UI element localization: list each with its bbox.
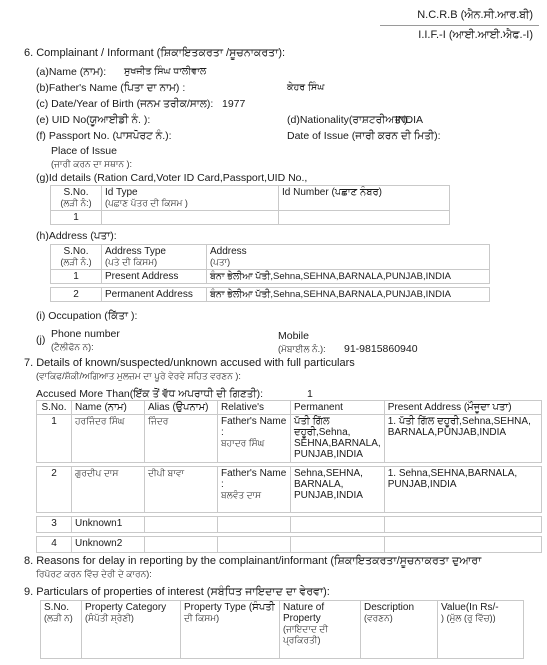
phone-prefix: (j) bbox=[36, 334, 45, 346]
addr-col-address: Address(ਪਤਾ) bbox=[207, 245, 490, 270]
address-label: (h)Address (ਪਤਾ): bbox=[36, 230, 117, 243]
id-col-type: Id Type(ਪਛਾਣ ਪੱਤਰ ਦੀ ਕਿਸਮ ) bbox=[102, 186, 279, 211]
phone-label: Phone number bbox=[51, 328, 120, 340]
table-row: 4 Unknown2 bbox=[37, 537, 542, 553]
prop-col-type: Property Type (ਸੰਪਤੀਦੀ ਕਿਸਮ) bbox=[181, 601, 280, 659]
section7-title-pa: (ਵਾਕਿਫ/ਸ਼ੱਕੀ/ਅਗਿਆਤ ਮੁਲਜ਼ਮ ਦਾ ਪੂਰੇ ਵੇਰਵੇ … bbox=[36, 371, 241, 382]
accused-table: S.No. Name (ਨਾਮ) Alias (ਉਪਨਾਮ) Relative'… bbox=[36, 400, 542, 553]
prop-col-nature: Nature of Property(ਜਾਇਦਾਦ ਦੀ ਪ੍ਰਕਿਰਤੀ) bbox=[280, 601, 361, 659]
id-details-table: S.No.(ਲੜੀ ਨੰ:) Id Type(ਪਛਾਣ ਪੱਤਰ ਦੀ ਕਿਸਮ… bbox=[50, 185, 450, 225]
section8-title: 8. Reasons for delay in reporting by the… bbox=[24, 555, 481, 568]
name-label: (a)Name (ਨਾਮ): bbox=[36, 66, 106, 79]
section9-title: 9. Particulars of properties of interest… bbox=[24, 586, 330, 599]
acc-col-name: Name (ਨਾਮ) bbox=[72, 401, 145, 415]
mobile-label: Mobile bbox=[278, 330, 309, 342]
table-row: 1 Present Address ਬੰਨਾ ਭੇਲੀਆ ਪੱਤੀ,Sehna,… bbox=[51, 270, 490, 284]
phone-pa: (ਟੈਲੀਫੋਨ ਨ): bbox=[51, 342, 94, 353]
acc-col-present: Present Address (ਮੌਜੂਦਾ ਪਤਾ) bbox=[384, 401, 541, 415]
prop-col-sno: S.No.(ਲੜੀ ਨ) bbox=[41, 601, 82, 659]
id-col-number: Id Number (ਪਛਾਣ ਨੰਬਰ) bbox=[279, 186, 450, 211]
acc-col-alias: Alias (ਉਪਨਾਮ) bbox=[145, 401, 218, 415]
table-row: 1 ਹਰਜਿੰਦਰ ਸਿੰਘ ਜਿੰਦਰ Father's Name :ਬਹਾਦ… bbox=[37, 415, 542, 463]
properties-table: S.No.(ਲੜੀ ਨ) Property Category(ਸੰਪੱਤੀ ਸ਼… bbox=[40, 600, 524, 659]
section8-title-pa: ਰਿਪੋਰਟ ਕਰਨ ਵਿੱਚ ਦੇਰੀ ਦੇ ਕਾਰਨ): bbox=[36, 569, 152, 580]
id-details-label: (g)Id details (Ration Card,Voter ID Card… bbox=[36, 172, 307, 184]
table-row: 2 ਗੁਰਦੀਪ ਦਾਸ ਦੀਪੀ ਬਾਵਾ Father's Name :ਬਲ… bbox=[37, 467, 542, 513]
father-name-label: (b)Father's Name (ਪਿਤਾ ਦਾ ਨਾਮ) : bbox=[36, 82, 185, 95]
addr-col-sno: S.No.(ਲੜੀ ਨੰ.) bbox=[51, 245, 102, 270]
mobile-pa: (ਮੋਬਾਈਲ ਨੰ.): bbox=[278, 344, 326, 355]
acc-col-sno: S.No. bbox=[37, 401, 72, 415]
father-name-value: ਕੇਹਰ ਸਿੰਘ bbox=[287, 82, 324, 93]
prop-col-value: Value(In Rs/-) (ਮੁੱਲ (ਰੁ ਵਿੱਚ)) bbox=[438, 601, 524, 659]
prop-col-description: Description(ਵਰਣਨ) bbox=[361, 601, 438, 659]
ncrb-header: N.C.R.B (ਐਨ.ਸੀ.ਆਰ.ਬੀ) bbox=[417, 9, 533, 22]
acc-col-permanent: Permanent bbox=[291, 401, 385, 415]
dob-value: 1977 bbox=[222, 98, 245, 110]
occupation-label: (i) Occupation (ਕਿੱਤਾ ): bbox=[36, 310, 137, 323]
dob-label: (c) Date/Year of Birth (ਜਨਮ ਤਰੀਕ/ਸਾਲ): bbox=[36, 98, 213, 111]
date-of-issue-label: Date of Issue (ਜਾਰੀ ਕਰਨ ਦੀ ਮਿਤੀ): bbox=[287, 130, 441, 143]
iif-header: I.I.F.-I (ਆਈ.ਆਈ.ਐਫ.-I) bbox=[418, 29, 533, 42]
prop-col-category: Property Category(ਸੰਪੱਤੀ ਸ਼੍ਰੇਣੀ) bbox=[82, 601, 181, 659]
acc-col-relative: Relative's bbox=[218, 401, 291, 415]
name-value: ਸੁਖਜੀਤ ਸਿੰਘ ਧਾਲੀਵਾਲ bbox=[124, 66, 206, 77]
table-row: 2 Permanent Address ਬੰਨਾ ਭੇਲੀਆ ਪੱਤੀ,Sehn… bbox=[51, 288, 490, 302]
section6-title: 6. Complainant / Informant (ਸ਼ਿਕਾਇਤਕਰਤਾ … bbox=[24, 47, 285, 60]
uid-label: (e) UID No(ਯੂਆਈਡੀ ਨੰ. ): bbox=[36, 114, 150, 127]
table-row: 3 Unknown1 bbox=[37, 517, 542, 533]
section7-title: 7. Details of known/suspected/unknown ac… bbox=[24, 357, 355, 369]
place-of-issue-label: Place of Issue bbox=[51, 145, 117, 157]
address-table: S.No.(ਲੜੀ ਨੰ.) Address Type(ਪਤੇ ਦੀ ਕਿਸਮ)… bbox=[50, 244, 490, 302]
place-of-issue-pa: (ਜਾਰੀ ਕਰਨ ਦਾ ਸਥਾਨ ): bbox=[51, 159, 132, 170]
id-col-sno: S.No.(ਲੜੀ ਨੰ:) bbox=[51, 186, 102, 211]
header-divider bbox=[380, 25, 539, 26]
addr-col-type: Address Type(ਪਤੇ ਦੀ ਕਿਸਮ) bbox=[102, 245, 207, 270]
nationality-value: INDIA bbox=[395, 114, 423, 126]
nationality-label: (d)Nationality(ਰਾਸ਼ਟਰੀਅਤਾ): bbox=[287, 114, 410, 127]
mobile-value: 91-9815860940 bbox=[344, 343, 418, 355]
table-row: 1 bbox=[51, 211, 450, 225]
passport-label: (f) Passport No. (ਪਾਸਪੋਰਟ ਨੰ.): bbox=[36, 130, 172, 143]
accused-more-value: 1 bbox=[307, 388, 313, 400]
